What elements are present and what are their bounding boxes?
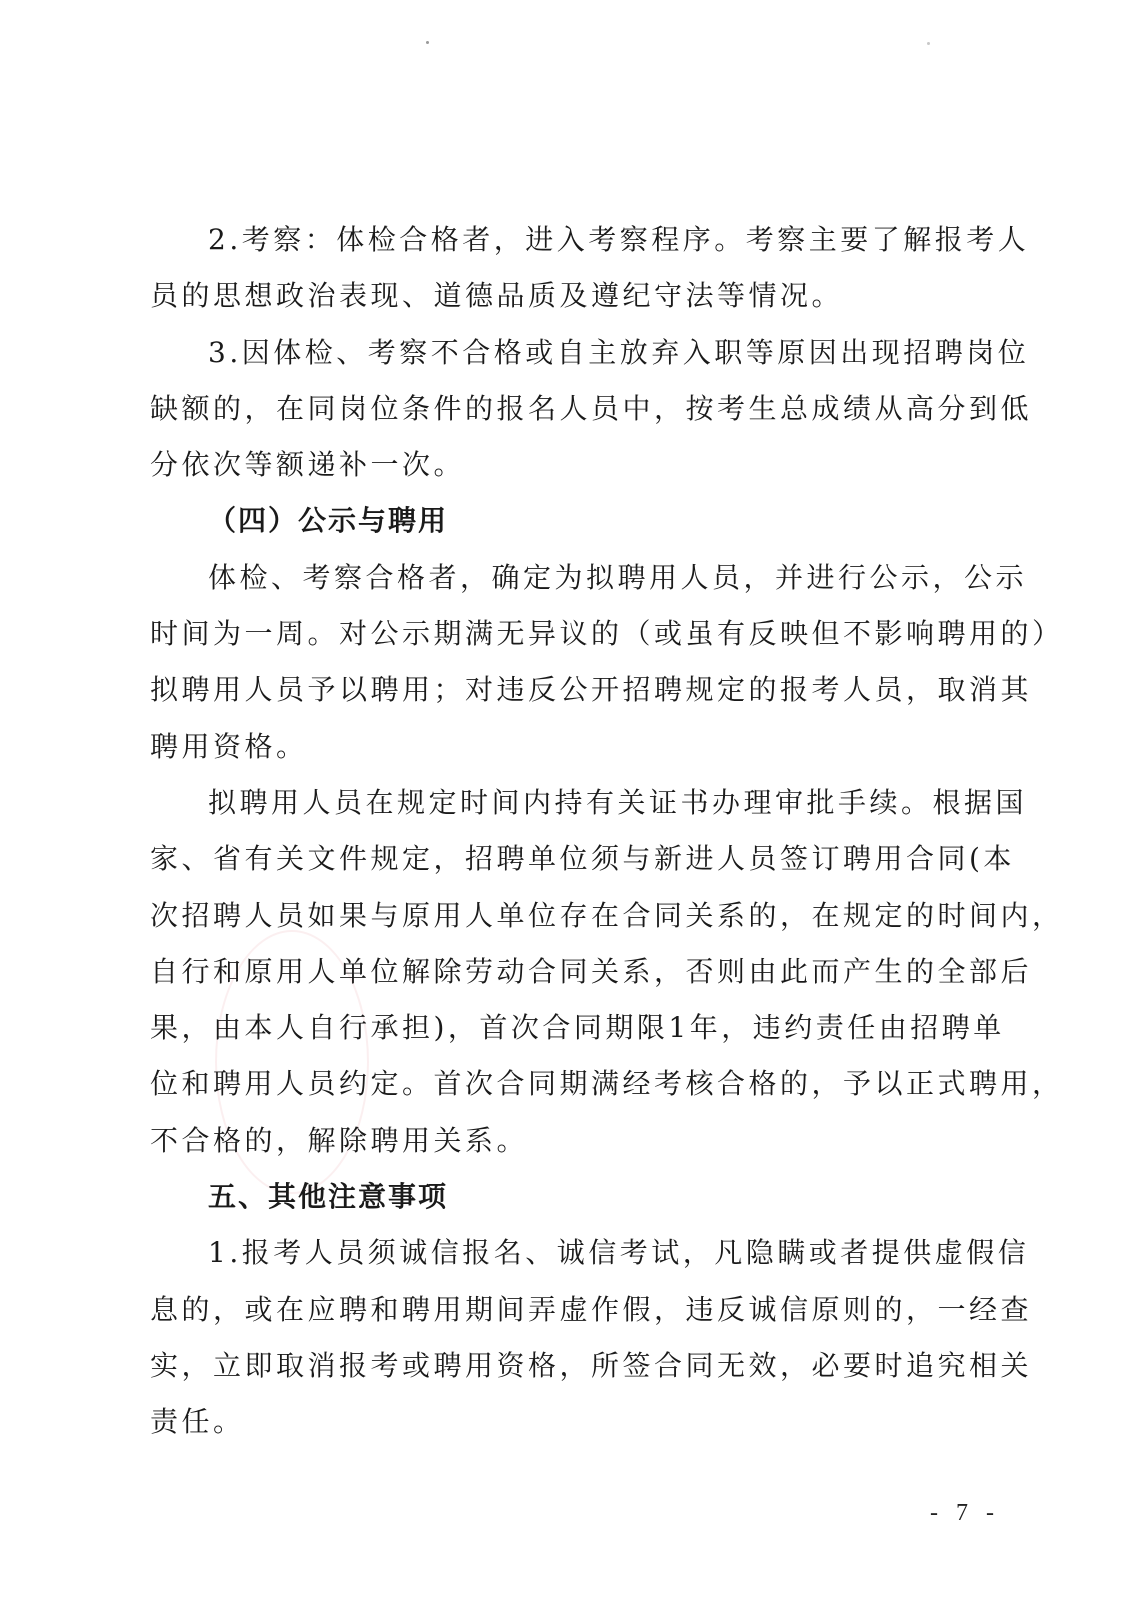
paragraph-line: 3.因体检、考察不合格或自主放弃入职等原因出现招聘岗位	[150, 325, 980, 381]
paragraph-line: 拟聘用人员在规定时间内持有关证书办理审批手续。根据国	[150, 775, 980, 831]
paragraph-line: 不合格的，解除聘用关系。	[150, 1113, 980, 1169]
paragraph-line: 实，立即取消报考或聘用资格，所签合同无效，必要时追究相关	[150, 1338, 980, 1394]
document-page: 2.考察：体检合格者，进入考察程序。考察主要了解报考人 员的思想政治表现、道德品…	[0, 0, 1132, 1600]
paragraph-line: 分依次等额递补一次。	[150, 437, 980, 493]
paragraph-line: 体检、考察合格者，确定为拟聘用人员，并进行公示，公示	[150, 550, 980, 606]
paragraph-line: 责任。	[150, 1394, 980, 1450]
paragraph-line: 拟聘用人员予以聘用；对违反公开招聘规定的报考人员，取消其	[150, 662, 980, 718]
scan-speck	[426, 41, 429, 44]
paragraph-line: 2.考察：体检合格者，进入考察程序。考察主要了解报考人	[150, 212, 980, 268]
page-number: - 7 -	[930, 1500, 1000, 1527]
paragraph-line: 时间为一周。对公示期满无异议的（或虽有反映但不影响聘用的）	[150, 606, 980, 662]
paragraph-line: 缺额的，在同岗位条件的报名人员中，按考生总成绩从高分到低	[150, 381, 980, 437]
section-heading: （四）公示与聘用	[150, 493, 980, 549]
section-heading: 五、其他注意事项	[150, 1169, 980, 1225]
paragraph-line: 员的思想政治表现、道德品质及遵纪守法等情况。	[150, 268, 980, 324]
paragraph-line: 次招聘人员如果与原用人单位存在合同关系的，在规定的时间内，	[150, 888, 980, 944]
paragraph-line: 1.报考人员须诚信报名、诚信考试，凡隐瞒或者提供虚假信	[150, 1225, 980, 1281]
paragraph-line: 家、省有关文件规定，招聘单位须与新进人员签订聘用合同(本	[150, 831, 980, 887]
document-body: 2.考察：体检合格者，进入考察程序。考察主要了解报考人 员的思想政治表现、道德品…	[150, 212, 980, 1451]
scan-speck	[927, 42, 930, 45]
paragraph-line: 自行和原用人单位解除劳动合同关系，否则由此而产生的全部后	[150, 944, 980, 1000]
paragraph-line: 果，由本人自行承担)，首次合同期限1年，违约责任由招聘单	[150, 1000, 980, 1056]
paragraph-line: 聘用资格。	[150, 719, 980, 775]
paragraph-line: 位和聘用人员约定。首次合同期满经考核合格的，予以正式聘用，	[150, 1056, 980, 1112]
paragraph-line: 息的，或在应聘和聘用期间弄虚作假，违反诚信原则的，一经查	[150, 1282, 980, 1338]
